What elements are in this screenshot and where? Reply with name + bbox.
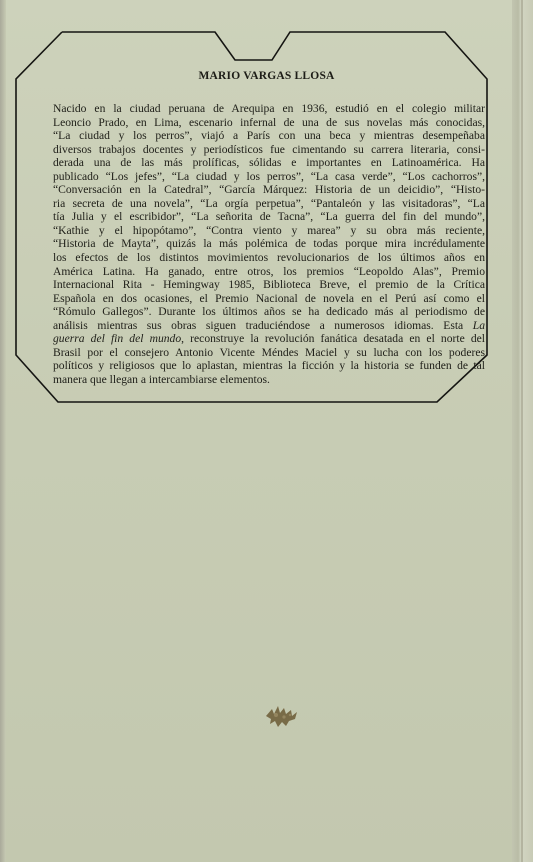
stain-mark xyxy=(262,700,300,730)
book-title-italic: La xyxy=(473,319,485,332)
bio-line: Leoncio Prado, en Lima, escenario infern… xyxy=(53,116,485,130)
book-title-italic: guerra del fin del mundo xyxy=(53,332,181,345)
bio-line: políticos y religiosos que lo aplastan, … xyxy=(53,359,485,373)
bio-line: “Kathie y el hipopótamo”, “Contra viento… xyxy=(53,224,485,238)
bio-line: ria secreta de una novela”, “La orgía pe… xyxy=(53,197,485,211)
bio-line: “La ciudad y los perros”, viajó a París … xyxy=(53,129,485,143)
bio-text: análisis mientras sus obras siguen tradu… xyxy=(53,319,473,332)
bio-line-with-italic: análisis mientras sus obras siguen tradu… xyxy=(53,319,485,333)
bio-line: diversos trabajos docentes y periodístic… xyxy=(53,143,485,157)
bio-line: derada una de las más prolíficas, sólida… xyxy=(53,156,485,170)
bio-line: manera que llegan a intercambiarse eleme… xyxy=(53,373,485,387)
bio-line: tía Julia y el escribidor”, “La señorita… xyxy=(53,210,485,224)
bio-line: “Rómulo Gallegos”. Durante los últimos a… xyxy=(53,305,485,319)
bio-line: Brasil por el consejero Antonio Vicente … xyxy=(53,346,485,360)
bio-text: , reconstruye la revolución fanática des… xyxy=(181,332,485,345)
bio-line: Española en dos ocasiones, el Premio Nac… xyxy=(53,292,485,306)
bio-line: los efectos de los distintos movimientos… xyxy=(53,251,485,265)
author-biography: Nacido en la ciudad peruana de Arequipa … xyxy=(53,102,485,386)
bio-line: “Historia de Mayta”, quizás la más polém… xyxy=(53,237,485,251)
author-heading: MARIO VARGAS LLOSA xyxy=(0,70,533,82)
bio-line-with-italic: guerra del fin del mundo, reconstruye la… xyxy=(53,332,485,346)
bio-line: Internacional Rita - Hemingway 1985, Bib… xyxy=(53,278,485,292)
bio-line: publicado “Los jefes”, “La ciudad y los … xyxy=(53,170,485,184)
bio-line: Nacido en la ciudad peruana de Arequipa … xyxy=(53,102,485,116)
bio-line: América Latina. Ha ganado, entre otros, … xyxy=(53,265,485,279)
bio-line: “Conversación en la Catedral”, “García M… xyxy=(53,183,485,197)
